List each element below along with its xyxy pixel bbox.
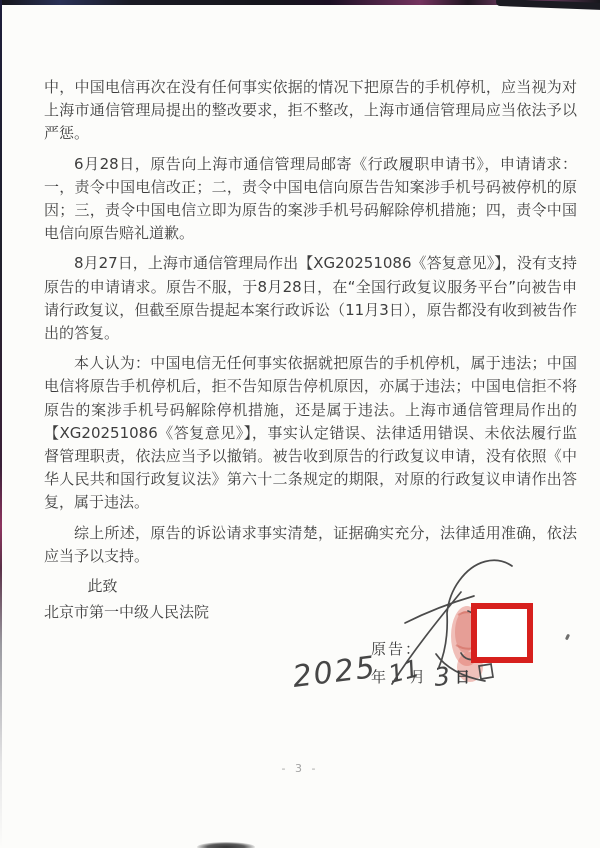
date-unit-day: 日: [455, 666, 470, 687]
scan-edge-top-right: [496, 0, 600, 10]
scan-smudge-bottom: [197, 842, 255, 848]
paragraph-continuation: 中，中国电信再次在没有任何事实依据的情况下把原告的手机停机，应当视为对上海市通信…: [44, 76, 577, 146]
date-unit-month: 月: [410, 666, 425, 687]
date-unit-year: 年: [371, 666, 386, 687]
handwritten-year: 2025: [291, 650, 379, 695]
signature-area: 2025 11 3 原告： 年 月 日: [280, 550, 580, 700]
paragraph-reply-opinion: 8月27日，上海市通信管理局作出【XG20251086《答复意见》】，没有支持原…: [44, 252, 577, 345]
plaintiff-label: 原告：: [371, 638, 422, 659]
paragraph-petition-requests: 6月28日，原告向上海市通信管理局邮寄《行政履职申请书》，申请请求：一，责令中国…: [44, 153, 577, 246]
document-body: 中，中国电信再次在没有任何事实依据的情况下把原告的手机停机，应当视为对上海市通信…: [44, 76, 577, 624]
scanned-document-page: 中，中国电信再次在没有任何事实依据的情况下把原告的手机停机，应当视为对上海市通信…: [0, 0, 600, 848]
page-number: - 3 -: [0, 762, 600, 775]
signature-handwriting-layer: 2025 11 3: [280, 550, 580, 700]
scan-edge-left: [0, 0, 2, 848]
paragraph-plaintiff-opinion: 本人认为：中国电信无任何事实依据就把原告的手机停机，属于违法；中国电信将原告手机…: [44, 352, 577, 514]
redaction-box: [471, 603, 533, 663]
handwritten-day: 3: [433, 661, 452, 692]
